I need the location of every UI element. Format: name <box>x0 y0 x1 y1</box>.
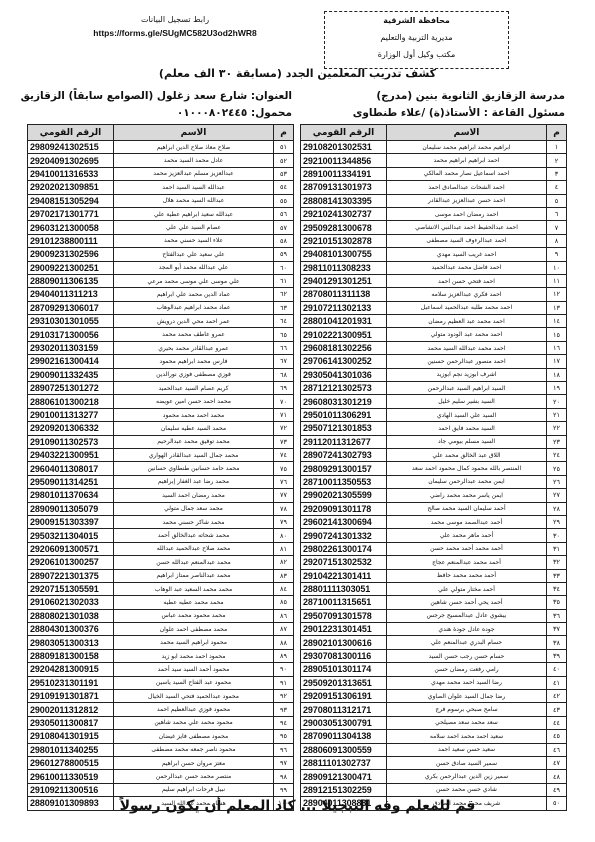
table-row: ٧احمد عبدالحفيظ احمد عبدالنبي الانشاصي29… <box>301 221 567 234</box>
national-id: 29209201306332 <box>28 422 114 435</box>
row-number: ٤٧ <box>547 756 567 769</box>
table-row: ٤٥سعيد احمد محمد احمد سلامه2870901130413… <box>301 730 567 743</box>
national-id: 28905101301174 <box>301 663 387 676</box>
row-number: ٦١ <box>274 274 294 287</box>
national-id: 29103171300056 <box>28 328 114 341</box>
national-id: 28804301300376 <box>28 623 114 636</box>
row-number: ٥ <box>547 194 567 207</box>
national-id: 28808021301038 <box>28 609 114 622</box>
trainee-name: عمرو عبدالقادر محمد بحيري <box>114 341 274 354</box>
trainee-name: أحمد محمد عبدالمنعم عجاج <box>387 556 547 569</box>
national-id: 28710011350553 <box>301 475 387 488</box>
trainee-name: علي عبدالله محمد أبو المجد <box>114 261 274 274</box>
national-id: 29708011312171 <box>301 703 387 716</box>
table-row: ٣٨حسام البدري عبدالمنعم علي2890210130061… <box>301 636 567 649</box>
table-row: ٢٢السيد محمد فايق احمد29507121301853 <box>301 422 567 435</box>
table-row: ٧٢محمد السيد عطيه سليمان29209201306332 <box>28 422 294 435</box>
national-id: 29009231302596 <box>28 248 114 261</box>
table-header-row: م الاسم الرقم القومي <box>28 125 294 141</box>
row-number: ٨٩ <box>274 649 294 662</box>
table-row: ٢٤اللاق عبد الخالق محمد علي2890724130279… <box>301 448 567 461</box>
table-row: ٥٦عبدالله سعيد ابراهيم عطية علي297021713… <box>28 207 294 220</box>
national-id: 29507121301853 <box>301 422 387 435</box>
table-row: ٣٧جوده عادل جودة هندي29012231301451 <box>301 623 567 636</box>
table-row: ٦٢عماد الدين محمد علي ابراهيم29404011311… <box>28 288 294 301</box>
national-id: 29706141300252 <box>301 355 387 368</box>
national-id: 28909011305079 <box>28 502 114 515</box>
national-id: 29010011313277 <box>28 408 114 421</box>
table-row: ٥٤عبدالله السيد السيد احمد29202021309851 <box>28 181 294 194</box>
national-id: 29101238800111 <box>28 234 114 247</box>
trainee-name: صلاح معاذ صلاح الدين ابراهيم <box>114 141 274 154</box>
trainee-name: السيد محمد فايق احمد <box>387 422 547 435</box>
trainee-name: عبدالعزيز مسلم عبدالعزيز محمد <box>114 167 274 180</box>
table-row: ٣٦بيشوي عادل عبدالمسيح جرجس2950709130157… <box>301 609 567 622</box>
row-number: ٣٥ <box>547 596 567 609</box>
trainee-name: محمد مصطفى احمد علوان <box>114 623 274 636</box>
table-row: ٩٤محمود محمد علي محمد شاهين2930501130081… <box>28 716 294 729</box>
row-number: ٢٤ <box>547 448 567 461</box>
col-header-name: الاسم <box>387 125 547 141</box>
national-id: 29410011316533 <box>28 167 114 180</box>
national-id: 29305041301036 <box>301 368 387 381</box>
trainee-name: علاء السيد حسني محمد <box>114 234 274 247</box>
trainee-name: أحمد ماهر محمد علي <box>387 529 547 542</box>
row-number: ٧٨ <box>274 502 294 515</box>
registration-url[interactable]: https://forms.gle/SUgMC582U3od2hWR8 <box>80 26 270 40</box>
col-header-name: الاسم <box>114 125 274 141</box>
row-number: ٤٦ <box>547 743 567 756</box>
col-header-id: الرقم القومي <box>301 125 387 141</box>
trainee-name: أحمد مختار متولي علي <box>387 582 547 595</box>
row-number: ٧٠ <box>274 395 294 408</box>
table-row: ٤٩شادي حسن محمد حسن28912151302259 <box>301 783 567 796</box>
table-row: ٩٣محمود فوزي عبدالعظيم احمد2900201131281… <box>28 703 294 716</box>
row-number: ٣٦ <box>547 609 567 622</box>
trainee-name: السيد مسلم بيومي جاد <box>387 435 547 448</box>
row-number: ٥٨ <box>274 234 294 247</box>
table-row: ٨٢محمد عبدالمنعم عبدالله حسن292061013002… <box>28 556 294 569</box>
row-number: ٨ <box>547 234 567 247</box>
school-address: العنوان: شارع سعد زغلول (الصوامع سابقاً)… <box>21 88 292 105</box>
table-row: ٨٦محمد محمود محمد عباس28808021301038 <box>28 609 294 622</box>
row-number: ٢ <box>547 154 567 167</box>
trainee-name: ايمن محمد عبدالرحمن سليمان <box>387 475 547 488</box>
row-number: ٧٤ <box>274 448 294 461</box>
row-number: ٥٩ <box>274 248 294 261</box>
table-row: ٣١أحمد محمد أحمد محمد حسن29802261300174 <box>301 542 567 555</box>
row-number: ١٢ <box>547 288 567 301</box>
trainee-name: محمود عبد الفتاح السيد ياسين <box>114 676 274 689</box>
row-number: ٢٩ <box>547 515 567 528</box>
row-number: ١٥ <box>547 328 567 341</box>
hall-supervisor: مسئول القاعة : الأستاذ(ة) /علاء طنطاوى <box>353 105 565 122</box>
table-row: ٥٢عادل محمد السيد محمد29204091302695 <box>28 154 294 167</box>
table-row: ٩احمد غريب السيد مهدي29408101300755 <box>301 248 567 261</box>
trainee-name: محمد محمود محمد عباس <box>114 609 274 622</box>
table-row: ٩٠محمود أحمد السيد سيد أحمد2920428130091… <box>28 663 294 676</box>
table-row: ٦٩كريم عصام السيد عبدالحميد2890725130127… <box>28 382 294 395</box>
national-id: 29902161300414 <box>28 355 114 368</box>
row-number: ١٦ <box>547 341 567 354</box>
national-id: 29608031301219 <box>301 395 387 408</box>
table-row: ٧٤محمد جمال السيد عبدالقادر الهواري29403… <box>28 448 294 461</box>
row-number: ٥١ <box>274 141 294 154</box>
row-number: ٤٠ <box>547 663 567 676</box>
table-row: ٤٧سمير السيد صادق حسن28811101302737 <box>301 756 567 769</box>
table-row: ٨٩محمود احمد محمد ابو زيد28809181300158 <box>28 649 294 662</box>
table-header-row: م الاسم الرقم القومي <box>301 125 567 141</box>
row-number: ٤٨ <box>547 770 567 783</box>
row-number: ١٣ <box>547 301 567 314</box>
national-id: 29012231301451 <box>301 623 387 636</box>
row-number: ٣٧ <box>547 623 567 636</box>
row-number: ٧٩ <box>274 515 294 528</box>
national-id: 29809291300157 <box>301 462 387 475</box>
trainee-name: احمد حسن عبدالعزيز عبدالقادر <box>387 194 547 207</box>
national-id: 28809011306135 <box>28 274 114 287</box>
national-id: 29210011344856 <box>301 154 387 167</box>
table-row: ٥احمد حسن عبدالعزيز عبدالقادر28808141303… <box>301 194 567 207</box>
trainee-name: محمد صلاح عبدالحميد عبدالله <box>114 542 274 555</box>
national-id: 29401291301251 <box>301 274 387 287</box>
table-row: ١٩السيد ابراهيم السيد عبدالرحمن287121213… <box>301 382 567 395</box>
national-id: 29209091301178 <box>301 502 387 515</box>
national-id: 28809181300158 <box>28 649 114 662</box>
national-id: 28712121302573 <box>301 382 387 395</box>
row-number: ٧٢ <box>274 422 294 435</box>
trainee-name: احمد عبدالحفيظ احمد عبدالنبي الانشاصي <box>387 221 547 234</box>
table-row: ١٥احمد محمد عبد الودود متولي291022213009… <box>301 328 567 341</box>
trainee-name: احمد محمد عبدالله السيد محمد <box>387 341 547 354</box>
trainee-name: بيشوي عادل عبدالمسيح جرجس <box>387 609 547 622</box>
table-row: ٨احمد عبدالرءوف السيد مصطفى2921015130287… <box>301 234 567 247</box>
authority-box: محافظة الشرقية مديرية التربية والتعليم م… <box>324 11 509 69</box>
table-row: ٦٣عماد محمد ابراهيم عبدالوهاب28709291306… <box>28 301 294 314</box>
table-row: ٩٩نبيل فرحات ابراهيم سليم29109211300516 <box>28 783 294 796</box>
table-row: ٨٥محمد محمد عطيه عطيه29106021302033 <box>28 596 294 609</box>
trainee-name: محمود محمد علي محمد شاهين <box>114 716 274 729</box>
row-number: ٩٨ <box>274 770 294 783</box>
row-number: ٨٤ <box>274 582 294 595</box>
row-number: ٩٣ <box>274 703 294 716</box>
trainee-name: محمد توفيق محمد عبدالرحيم <box>114 435 274 448</box>
row-number: ١٩ <box>547 382 567 395</box>
row-number: ٦٨ <box>274 368 294 381</box>
trainee-name: عمر احمد محي الدين درويش <box>114 315 274 328</box>
trainee-name: محمد رمضان احمد السيد <box>114 489 274 502</box>
national-id: 29002011312812 <box>28 703 114 716</box>
trainee-name: عبدالله سعيد ابراهيم عطية علي <box>114 207 274 220</box>
trainee-name: محمد احمد محمد محمود <box>114 408 274 421</box>
national-id: 28912151302259 <box>301 783 387 796</box>
trainee-name: محمد محمد السعيد عبد الوهاب <box>114 582 274 595</box>
governorate: محافظة الشرقية <box>325 12 508 29</box>
table-row: ٩٨منتصر محمد حسن عبدالرحمن29610011330519 <box>28 770 294 783</box>
table-row: ٧٧محمد رمضان احمد السيد29801011370634 <box>28 489 294 502</box>
trainees-table-left: م الاسم الرقم القومي ٥١صلاح معاذ صلاح ال… <box>27 124 294 811</box>
row-number: ٢٠ <box>547 395 567 408</box>
table-row: ١٣احمد محمد طلبه عبدالحميد اسماعيل291072… <box>301 301 567 314</box>
trainee-name: محمود أحمد السيد سيد أحمد <box>114 663 274 676</box>
national-id: 29202021309851 <box>28 181 114 194</box>
table-row: ٢٩أحمد عبدالصمد موسى محمد29602141300694 <box>301 515 567 528</box>
trainee-name: أحمد محمد أحمد محمد حسن <box>387 542 547 555</box>
page-title: كشف تدريب المعلمين الجدد (مسابقة ٣٠ الف … <box>0 67 595 80</box>
trainee-name: اللاق عبد الخالق محمد علي <box>387 448 547 461</box>
national-id: 29108201302531 <box>301 141 387 154</box>
row-number: ٣١ <box>547 542 567 555</box>
table-row: ٥٩علي سعيد علي عبدالفتاح29009231302596 <box>28 248 294 261</box>
table-row: ٥٣عبدالعزيز مسلم عبدالعزيز محمد294100113… <box>28 167 294 180</box>
trainee-name: ايمن ياسر محمد محمد راضي <box>387 489 547 502</box>
trainee-name: احمد محمد عبد العظيم رمضان <box>387 315 547 328</box>
trainee-name: محمود عبدالحميد فتحي السيد الخيال <box>114 690 274 703</box>
row-number: ٩١ <box>274 676 294 689</box>
trainee-name: السيد علي السيد الهادي <box>387 408 547 421</box>
trainee-name: محمد عبدالمنعم عبدالله حسن <box>114 556 274 569</box>
trainee-name: احمد اسماعيل نصار محمد المالكي <box>387 167 547 180</box>
national-id: 29801011340255 <box>28 743 114 756</box>
table-row: ٦٨فوزي مصطفى فوزي نورالدين29009011332435 <box>28 368 294 381</box>
trainee-name: احمد محمد عبد الودود متولي <box>387 328 547 341</box>
table-row: ٨٣محمد عبدالناصر ممتاز ابراهيم2890722130… <box>28 569 294 582</box>
trainee-name: رضا جمال السيد علوان الصاوي <box>387 690 547 703</box>
trainee-name: فوزي مصطفى فوزي نورالدين <box>114 368 274 381</box>
table-row: ٣٤أحمد مختار متولي علي28801111303051 <box>301 582 567 595</box>
national-id: 29107211302133 <box>301 301 387 314</box>
row-number: ٨٦ <box>274 609 294 622</box>
trainee-name: حسام حسن رجب حسن السيد <box>387 649 547 662</box>
row-number: ٦٧ <box>274 355 294 368</box>
table-row: ٤٦سعيد حسن سعيد احمد28806091300559 <box>301 743 567 756</box>
row-number: ٥٥ <box>274 194 294 207</box>
national-id: 29608181302256 <box>301 341 387 354</box>
national-id: 29210151302878 <box>301 234 387 247</box>
trainee-name: محمد جمال السيد عبدالقادر الهواري <box>114 448 274 461</box>
table-row: ٤احمد الشحات عبدالصادق احمد2870913130197… <box>301 181 567 194</box>
national-id: 29803051300313 <box>28 636 114 649</box>
trainee-name: محمود احمد محمد ابو زيد <box>114 649 274 662</box>
footer-motto: قم للمعلم وفه التبجيلا ... كاد المعلم أن… <box>0 798 595 814</box>
table-row: ٥٥عبدالله السيد محمد هلال29408151305294 <box>28 194 294 207</box>
national-id: 29801011370634 <box>28 489 114 502</box>
row-number: ٩ <box>547 248 567 261</box>
national-id: 29305011300817 <box>28 716 114 729</box>
national-id: 28907251301272 <box>28 382 114 395</box>
table-row: ٦١علي موسى علي موسى محمد مرعي28809011306… <box>28 274 294 287</box>
national-id: 29104221301411 <box>301 569 387 582</box>
row-number: ٢٣ <box>547 435 567 448</box>
national-id: 29602141300694 <box>301 515 387 528</box>
row-number: ٧ <box>547 221 567 234</box>
table-row: ٨٤محمد محمد السعيد عبد الوهاب29207151305… <box>28 582 294 595</box>
trainee-name: محمود ناصر جمعه محمد مصطفى <box>114 743 274 756</box>
row-number: ٥٧ <box>274 221 294 234</box>
table-row: ٦٦عمرو عبدالقادر محمد بحيري2930201130315… <box>28 341 294 354</box>
trainee-name: احمد ابراهيم ابراهيم محمد <box>387 154 547 167</box>
trainee-name: احمد منصور عبدالرحمن حسنين <box>387 355 547 368</box>
table-row: ٤٤سعد محمد سعد مصيلحي29003051300791 <box>301 716 567 729</box>
row-number: ٨٨ <box>274 636 294 649</box>
national-id: 28806091300559 <box>301 743 387 756</box>
national-id: 29206091300571 <box>28 542 114 555</box>
row-number: ٦٩ <box>274 382 294 395</box>
trainee-name: محمد عبدالناصر ممتاز ابراهيم <box>114 569 274 582</box>
national-id: 29601278800515 <box>28 756 114 769</box>
table-row: ٧٣محمد توفيق محمد عبدالرحيم2910901130257… <box>28 435 294 448</box>
trainee-name: محمد حامد حسانين طنطاوي حسانين <box>114 462 274 475</box>
trainee-name: منتصر محمد حسن عبدالرحمن <box>114 770 274 783</box>
row-number: ٩٥ <box>274 730 294 743</box>
table-row: ٦احمد رمضان احمد موسى29210241302737 <box>301 207 567 220</box>
row-number: ٤٢ <box>547 690 567 703</box>
national-id: 29509011314251 <box>28 475 114 488</box>
row-number: ٣٢ <box>547 556 567 569</box>
school-info: مدرسة الزقازيق الثانوية بنين (مدرج) مسئو… <box>353 88 565 122</box>
row-number: ٦٤ <box>274 315 294 328</box>
national-id: 29902021305599 <box>301 489 387 502</box>
table-row: ٢١السيد علي السيد الهادي29501011306291 <box>301 408 567 421</box>
table-row: ٨١محمد صلاح عبدالحميد عبدالله29206091300… <box>28 542 294 555</box>
row-number: ٤ <box>547 181 567 194</box>
table-row: ٤٠رامي رفعت رمضان حسن28905101301174 <box>301 663 567 676</box>
national-id: 29009221300251 <box>28 261 114 274</box>
table-row: ٦٥عمرو عاطف محمد محمد29103171300056 <box>28 328 294 341</box>
row-number: ٦٦ <box>274 341 294 354</box>
row-number: ٦٢ <box>274 288 294 301</box>
row-number: ٣٠ <box>547 529 567 542</box>
table-row: ٥٨علاء السيد حسني محمد29101238800111 <box>28 234 294 247</box>
national-id: 29112011312677 <box>301 435 387 448</box>
row-number: ٩٧ <box>274 756 294 769</box>
office: مكتب وكيل أول الوزارة <box>325 46 508 63</box>
row-number: ٧٦ <box>274 475 294 488</box>
row-number: ١٤ <box>547 315 567 328</box>
table-row: ١٤احمد محمد عبد العظيم رمضان288010412019… <box>301 315 567 328</box>
trainee-name: علي سعيد علي عبدالفتاح <box>114 248 274 261</box>
table-row: ٧٥محمد حامد حسانين طنطاوي حسانين29604011… <box>28 462 294 475</box>
table-row: ١٧احمد منصور عبدالرحمن حسنين297061413002… <box>301 355 567 368</box>
table-row: ٢٣السيد مسلم بيومي جاد29112011312677 <box>301 435 567 448</box>
national-id: 29109211300516 <box>28 783 114 796</box>
trainee-name: كريم عصام السيد عبدالحميد <box>114 382 274 395</box>
row-number: ١٨ <box>547 368 567 381</box>
table-row: ٤٢رضا جمال السيد علوان الصاوي29209151306… <box>301 690 567 703</box>
trainee-name: السيد بشير سليم خليل <box>387 395 547 408</box>
table-row: ١٦احمد محمد عبدالله السيد محمد2960818130… <box>301 341 567 354</box>
national-id: 29207151305591 <box>28 582 114 595</box>
trainee-name: احمد فكري عبدالعزيز سلامه <box>387 288 547 301</box>
trainee-name: محمد شحاته عبدالخالق أحمد <box>114 529 274 542</box>
trainee-name: نبيل فرحات ابراهيم سليم <box>114 783 274 796</box>
table-row: ٥١صلاح معاذ صلاح الدين ابراهيم2980924130… <box>28 141 294 154</box>
trainee-name: محمود ابراهيم السيد محمد <box>114 636 274 649</box>
row-number: ٦٠ <box>274 261 294 274</box>
table-row: ٢٥المنتصر بالله محمود كمال محمود احمد سع… <box>301 462 567 475</box>
national-id: 29206101300257 <box>28 556 114 569</box>
national-id: 29009011332435 <box>28 368 114 381</box>
trainee-name: سعيد احمد محمد احمد سلامه <box>387 730 547 743</box>
national-id: 29610011330519 <box>28 770 114 783</box>
table-row: ٧٩محمد شاكر حسني محمد29009151303397 <box>28 515 294 528</box>
trainee-name: شادي حسن محمد حسن <box>387 783 547 796</box>
national-id: 28801111303051 <box>301 582 387 595</box>
table-row: ٨٠محمد شحاته عبدالخالق أحمد2950321130401… <box>28 529 294 542</box>
national-id: 29509201313651 <box>301 676 387 689</box>
national-id: 28801041201931 <box>301 315 387 328</box>
national-id: 28909121300471 <box>301 770 387 783</box>
registration-link-block: رابط تسجيل البيانات https://forms.gle/SU… <box>80 14 270 40</box>
trainee-name: احمد فاضل محمد عبدالحميد <box>387 261 547 274</box>
trainee-name: محمد شاكر حسني محمد <box>114 515 274 528</box>
table-row: ٩٢محمود عبدالحميد فتحي السيد الخيال29109… <box>28 690 294 703</box>
table-row: ٩١محمود عبد الفتاح السيد ياسين2951023130… <box>28 676 294 689</box>
national-id: 29003051300791 <box>301 716 387 729</box>
table-row: ٢٧ايمن ياسر محمد محمد راضي29902021305599 <box>301 489 567 502</box>
directorate: مديرية التربية والتعليم <box>325 29 508 46</box>
national-id: 29604011308017 <box>28 462 114 475</box>
trainee-name: محمد سعد جمال متولي <box>114 502 274 515</box>
row-number: ٦٣ <box>274 301 294 314</box>
row-number: ٧١ <box>274 408 294 421</box>
row-number: ٥٦ <box>274 207 294 220</box>
table-row: ٢٨أحمد سليمان السيد محمد صالح29209091301… <box>301 502 567 515</box>
table-row: ٤٣سامح صبحي برسوم فرج29708011312171 <box>301 703 567 716</box>
national-id: 29307081300116 <box>301 649 387 662</box>
table-row: ٣٢أحمد محمد عبدالمنعم عجاج29207151302532 <box>301 556 567 569</box>
national-id: 29210241302737 <box>301 207 387 220</box>
table-row: ١٠احمد فاضل محمد عبدالحميد29811011308233 <box>301 261 567 274</box>
national-id: 29302011303159 <box>28 341 114 354</box>
national-id: 28907221301375 <box>28 569 114 582</box>
row-number: ٣٤ <box>547 582 567 595</box>
row-number: ٨٠ <box>274 529 294 542</box>
table-row: ٣٥أحمد يحي أحمد حسن شاهين28710011315651 <box>301 596 567 609</box>
trainee-name: سمير زين الدين عبدالرحمن بكري <box>387 770 547 783</box>
table-row: ٧٦محمد رضا عبد الغفار إبراهيم29509011314… <box>28 475 294 488</box>
trainee-name: عصام السيد علي علي <box>114 221 274 234</box>
row-number: ٤٣ <box>547 703 567 716</box>
national-id: 28808141303395 <box>301 194 387 207</box>
trainee-name: علي موسى علي موسى محمد مرعي <box>114 274 274 287</box>
table-row: ٣٩حسام حسن رجب حسن السيد29307081300116 <box>301 649 567 662</box>
trainee-name: ابراهيم محمد ابراهيم محمد سليمان <box>387 141 547 154</box>
trainee-name: فارس محمد ابراهيم محمود <box>114 355 274 368</box>
trainee-name: محمود مصطفى فايز غيضان <box>114 730 274 743</box>
trainee-name: احمد محمد طلبه عبدالحميد اسماعيل <box>387 301 547 314</box>
national-id: 29204281300915 <box>28 663 114 676</box>
national-id: 29109011302573 <box>28 435 114 448</box>
row-number: ٢٨ <box>547 502 567 515</box>
table-row: ٥٧عصام السيد علي علي29603121300058 <box>28 221 294 234</box>
national-id: 28907241302793 <box>301 448 387 461</box>
national-id: 29907241301332 <box>301 529 387 542</box>
national-id: 29108041301915 <box>28 730 114 743</box>
table-row: ٢٦ايمن محمد عبدالرحمن سليمان287100113505… <box>301 475 567 488</box>
trainee-name: سامح صبحي برسوم فرج <box>387 703 547 716</box>
national-id: 29404011311213 <box>28 288 114 301</box>
table-body-right: ١ابراهيم محمد ابراهيم محمد سليمان2910820… <box>301 141 567 811</box>
row-number: ٢٥ <box>547 462 567 475</box>
row-number: ٩٠ <box>274 663 294 676</box>
trainee-name: عماد الدين محمد علي ابراهيم <box>114 288 274 301</box>
table-row: ٧١محمد احمد محمد محمود29010011313277 <box>28 408 294 421</box>
table-row: ٣٣أحمد محمد محمد حافظ29104221301411 <box>301 569 567 582</box>
table-row: ١١احمد فتحي حسن احمد29401291301251 <box>301 274 567 287</box>
trainee-name: جوده عادل جودة هندي <box>387 623 547 636</box>
trainee-name: أحمد سليمان السيد محمد صالح <box>387 502 547 515</box>
